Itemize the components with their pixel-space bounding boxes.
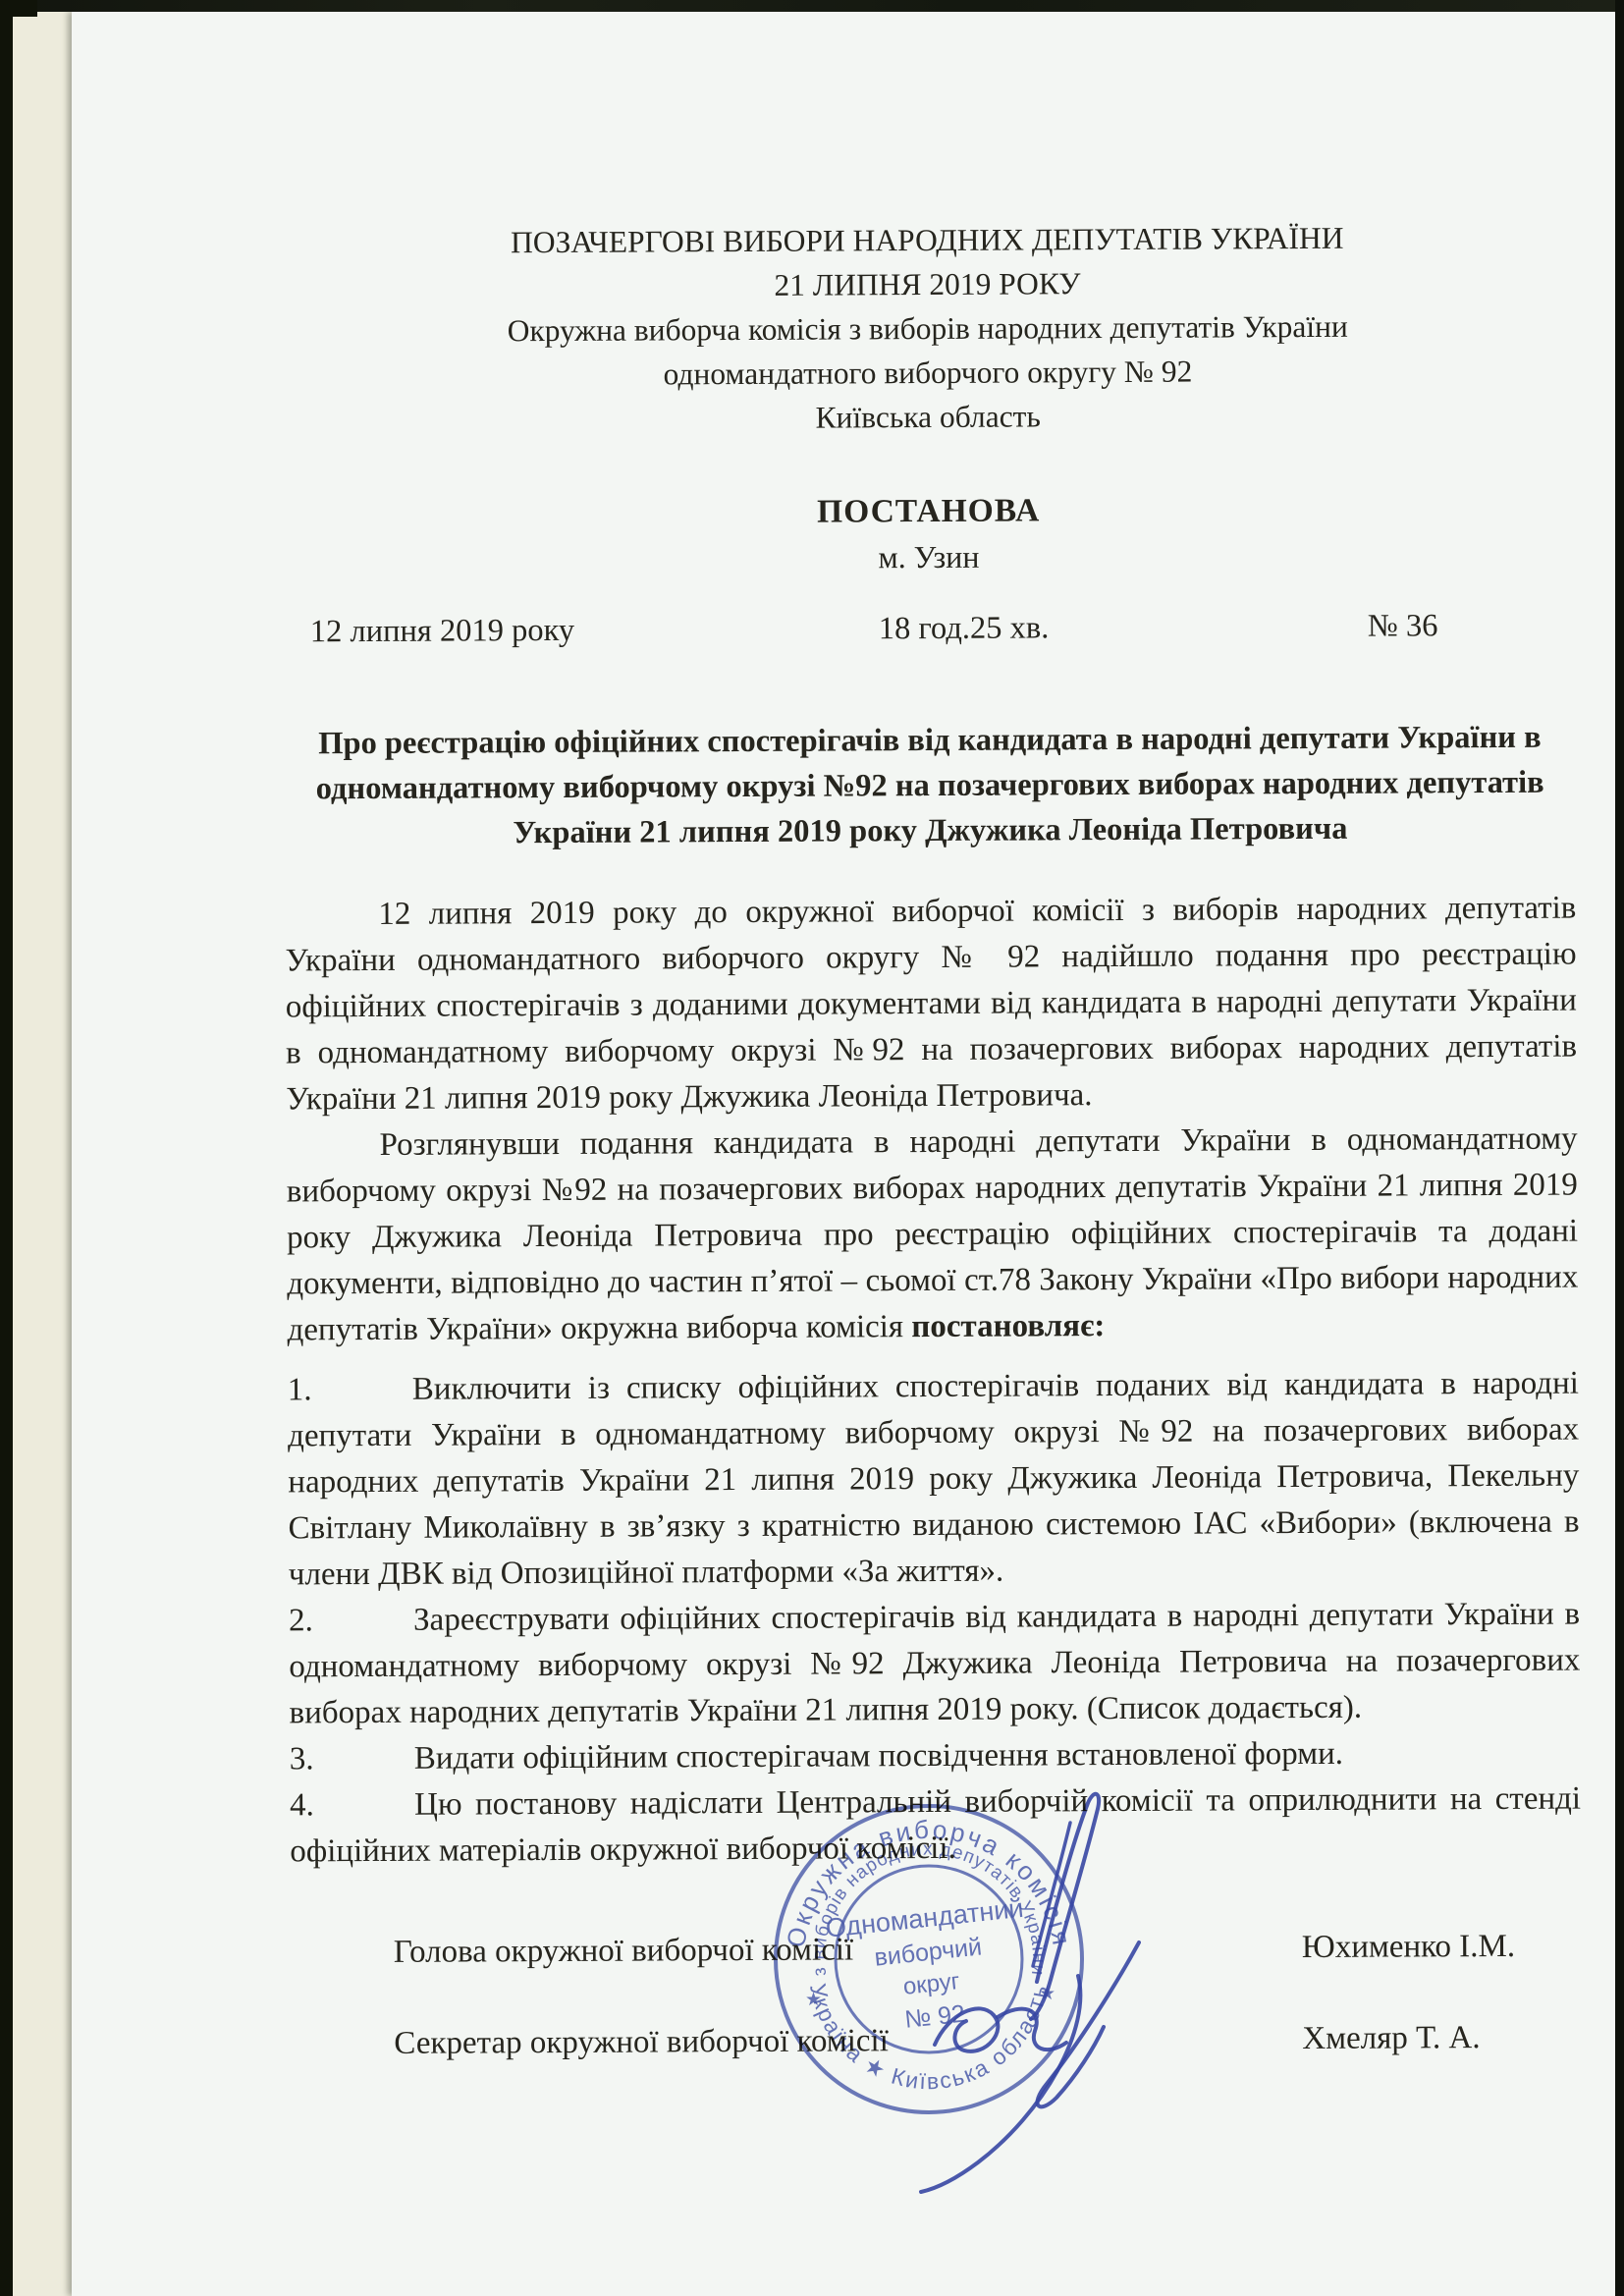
decree-body: 12 липня 2019 року до окружної виборчої … <box>285 886 1578 1354</box>
decree-meta-row: 12 липня 2019 року 18 год.25 хв. № 36 <box>284 608 1575 661</box>
header-line-elections: ПОЗАЧЕРГОВІ ВИБОРИ НАРОДНИХ ДЕПУТАТІВ УК… <box>282 215 1573 266</box>
header-line-district: одномандатного виборчого округу № 92 <box>282 348 1573 399</box>
item-1-number: 1. <box>288 1367 412 1414</box>
item-2-number: 2. <box>289 1598 413 1645</box>
secretary-title-label: Секретар окружної виборчої комісії <box>394 2018 889 2067</box>
item-3-number: 3. <box>290 1736 414 1783</box>
decree-item-2: 2.Зареєструвати офіційних спостерігачів … <box>289 1592 1581 1737</box>
paragraph-submission: 12 липня 2019 року до окружної виборчої … <box>285 886 1577 1123</box>
header-line-region: Київська область <box>283 392 1574 443</box>
head-title-label: Голова окружної виборчої комісії <box>394 1927 854 1975</box>
scan-edge-corner <box>0 0 37 17</box>
scan-edge-left <box>0 0 13 2296</box>
secretary-name: Хмеляр Т. А. <box>1302 2015 1480 2062</box>
scanner-strip <box>13 12 74 2296</box>
header-line-commission: Окружна виборча комісія з виборів народн… <box>282 303 1573 355</box>
scan-edge-right <box>1615 0 1624 2296</box>
item-3-text: Видати офіційним спостерігачам посвідчен… <box>414 1736 1343 1777</box>
header-line-date: 21 ЛИПНЯ 2019 РОКУ <box>282 259 1573 310</box>
head-name: Юхименко І.М. <box>1302 1924 1515 1971</box>
decree-item-3: 3.Видати офіційним спостерігачам посвідч… <box>290 1730 1581 1783</box>
signature-row-head: Голова окружної виборчої комісії Юхименк… <box>291 1924 1582 1977</box>
decree-items: 1.Виключити із списку офіційних спостері… <box>288 1361 1582 1876</box>
item-4-text: Цю постанову надіслати Центральній вибор… <box>290 1781 1581 1870</box>
document-content: ПОЗАЧЕРГОВІ ВИБОРИ НАРОДНИХ ДЕПУТАТІВ УК… <box>281 9 1583 2068</box>
decree-item-1: 1.Виключити із списку офіційних спостері… <box>288 1361 1580 1599</box>
paragraph-resolves-word: постановляє: <box>911 1308 1105 1344</box>
decree-place: м. Узин <box>283 531 1574 583</box>
signature-row-secretary: Секретар окружної виборчої комісії Хмеля… <box>291 2015 1582 2068</box>
document-header: ПОЗАЧЕРГОВІ ВИБОРИ НАРОДНИХ ДЕПУТАТІВ УК… <box>281 9 1574 443</box>
decree-time: 18 год.25 хв. <box>879 610 1050 647</box>
decree-date: 12 липня 2019 року <box>310 613 575 650</box>
scan-edge-top <box>0 0 1624 12</box>
item-1-text: Виключити із списку офіційних спостеріга… <box>288 1366 1580 1593</box>
decree-number: № 36 <box>1368 608 1438 644</box>
decree-title: ПОСТАНОВА <box>283 485 1574 538</box>
item-2-text: Зареєструвати офіційних спостерігачів ві… <box>289 1597 1580 1731</box>
document-page: ПОЗАЧЕРГОВІ ВИБОРИ НАРОДНИХ ДЕПУТАТІВ УК… <box>72 12 1615 2296</box>
decree-subject: Про реєстрацію офіційних спостерігачів в… <box>284 715 1576 857</box>
paragraph-consideration: Розглянувши подання кандидата в народні … <box>286 1117 1578 1354</box>
decree-item-4: 4.Цю постанову надіслати Центральній виб… <box>290 1777 1581 1876</box>
scanned-document: ПОЗАЧЕРГОВІ ВИБОРИ НАРОДНИХ ДЕПУТАТІВ УК… <box>0 0 1624 2296</box>
item-4-number: 4. <box>290 1782 414 1830</box>
